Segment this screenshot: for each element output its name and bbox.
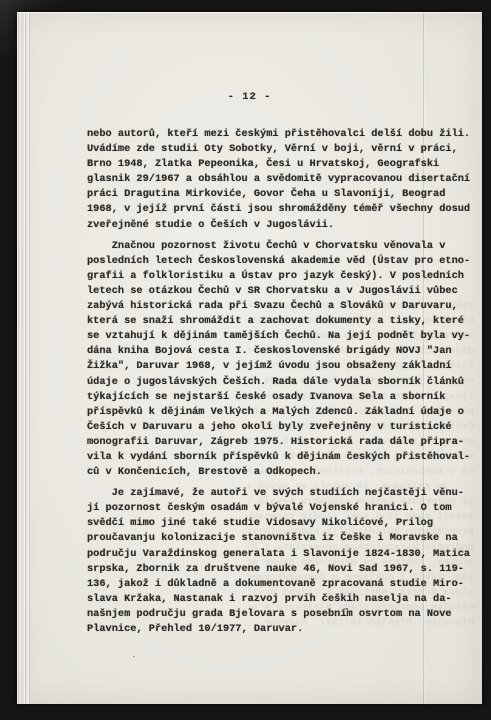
text-line: týkajících se nejstarší české osady Ivan… — [87, 390, 479, 405]
text-line: proučavanju kolonizacije stanovništva iz… — [87, 531, 479, 546]
text-line: glasnik 29/1967 a obsáhlou a svědomitě v… — [87, 172, 479, 187]
text-line: Žižka", Daruvar 1968, v jejímž úvodu jso… — [87, 359, 479, 374]
text-line: příspěvků k dějinám Velkých a Malých Zde… — [87, 405, 479, 420]
text-line: Plavnice, Přehled 10/1977, Daruvar. — [87, 622, 479, 637]
scan-speck — [133, 656, 135, 657]
text-line: Uvádíme zde studii Oty Sobotky, Věrní v … — [87, 142, 479, 157]
text-line: zabývá historická rada při Svazu Čechů a… — [87, 299, 479, 314]
text-line: Značnou pozornost životu Čechů v Chorvat… — [87, 239, 479, 254]
text-line: nebo autorů, kteří mezi českými přistěho… — [87, 127, 479, 142]
text-line: grafii a folkloristiku a Ústav pro jazyk… — [87, 269, 479, 284]
text-block: nebo autorů, kteří mezi českými přistěho… — [87, 127, 479, 637]
paragraph: Značnou pozornost životu Čechů v Chorvat… — [87, 239, 479, 481]
text-line: svědčí mimo jiné také studie Vidosavy Ni… — [87, 516, 479, 531]
text-line: 1968, v jejíž první části jsou shromáždě… — [87, 202, 479, 217]
text-line: práci Dragutina Mirkoviće, Govor Čeha u … — [87, 187, 479, 202]
text-line: srpska, Zbornik za društvene nauke 46, N… — [87, 562, 479, 577]
text-line: Je zajímavé, že autoři ve svých studiích… — [87, 486, 479, 501]
text-line: posledních letech Československá akademi… — [87, 254, 479, 269]
page-edge-stack — [17, 13, 30, 704]
text-line: ců v Končenicích, Brestově a Odkopech. — [87, 465, 479, 480]
text-line: slava Kržaka, Nastanak i razvoj prvih če… — [87, 592, 479, 607]
text-line: 136, jakož i důkladně a dokumentovaně zp… — [87, 577, 479, 592]
text-line: se vztahují k dějinám tamějších Čechů. N… — [87, 329, 479, 344]
paragraph: nebo autorů, kteří mezi českými přistěho… — [87, 127, 479, 233]
text-line: vila k vydání sborník příspěvků k dějiná… — [87, 450, 479, 465]
paragraph: Je zajímavé, že autoři ve svých studiích… — [87, 486, 479, 637]
text-line: monografii Daruvar, Zágreb 1975. Histori… — [87, 435, 479, 450]
text-line: která se snaží shromáždit a zachovat dok… — [87, 314, 479, 329]
text-line: području Varaždinskog generalata i Slavo… — [87, 547, 479, 562]
book-page: zabývá historická rada při Svazu Čechů a… — [17, 12, 482, 704]
text-line: letech se otázkou Čechů v SR Chorvatsku … — [87, 284, 479, 299]
text-line: dána kniha Bojová cesta I. československ… — [87, 344, 479, 359]
text-line: našnjem području grada Bjelovara s poseb… — [87, 607, 479, 622]
photo-frame: zabývá historická rada při Svazu Čechů a… — [0, 0, 491, 720]
text-line: jí pozornost českým osadám v bývalé Voje… — [87, 501, 479, 516]
text-line: Brno 1948, Zlatka Pepeonika, Česi u Hrva… — [87, 157, 479, 172]
page-number: - 12 - — [17, 91, 482, 103]
text-line: Češích v Daruvaru a jeho okolí byly zveř… — [87, 420, 479, 435]
scan-speck — [346, 608, 348, 610]
text-line: údaje o jugoslávských Češích. Rada dále … — [87, 375, 479, 390]
text-line: zveřejněné studie o Češích v Jugoslávii. — [87, 218, 479, 233]
